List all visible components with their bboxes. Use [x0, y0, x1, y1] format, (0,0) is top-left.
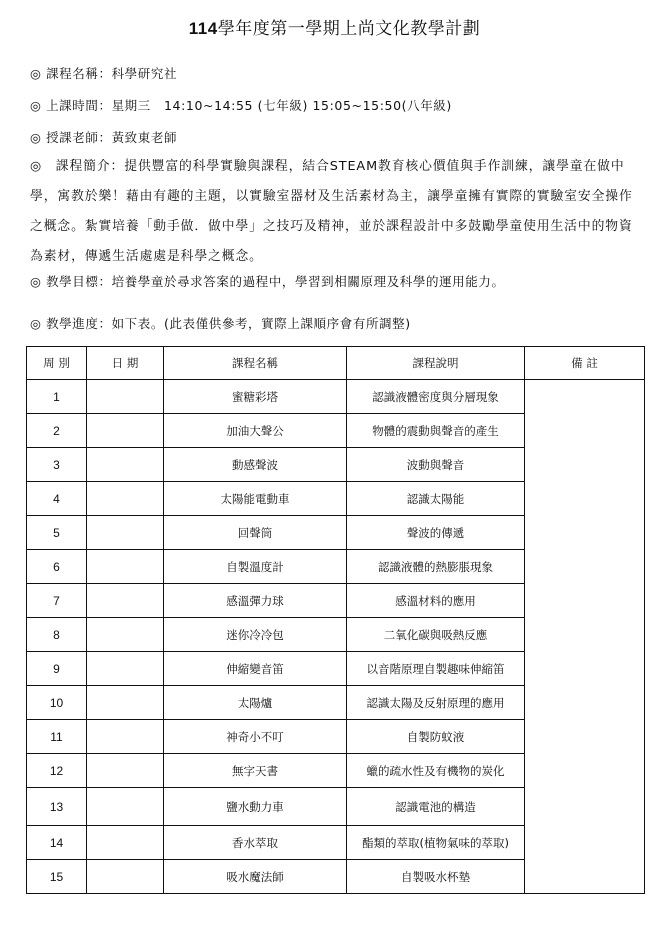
- header-course-desc: 課程說明: [347, 347, 525, 380]
- course-name-cell: 吸水魔法師: [164, 860, 347, 894]
- course-desc-cell: 二氧化碳與吸熱反應: [347, 618, 525, 652]
- schedule-note: ◎ 教學進度：如下表。(此表僅供參考，實際上課順序會有所調整): [30, 314, 411, 332]
- date-cell: [87, 414, 164, 448]
- course-desc-cell: 認識太陽及反射原理的應用: [347, 686, 525, 720]
- date-cell: [87, 516, 164, 550]
- course-desc-cell: 蠟的疏水性及有機物的炭化: [347, 754, 525, 788]
- date-cell: [87, 618, 164, 652]
- course-desc-cell: 認識液體的熱膨脹現象: [347, 550, 525, 584]
- date-cell: [87, 584, 164, 618]
- course-desc-cell: 認識液體密度與分層現象: [347, 380, 525, 414]
- course-name-cell: 動感聲波: [164, 448, 347, 482]
- header-remarks: 備 註: [525, 347, 645, 380]
- header-course-name: 課程名稱: [164, 347, 347, 380]
- week-cell: 4: [27, 482, 87, 516]
- course-name-cell: 迷你冷冷包: [164, 618, 347, 652]
- course-desc-cell: 波動與聲音: [347, 448, 525, 482]
- schedule-table: 周 別 日 期 課程名稱 課程說明 備 註 1蜜糖彩塔認識液體密度與分層現象2加…: [26, 346, 645, 894]
- course-name-cell: 感溫彈力球: [164, 584, 347, 618]
- title-text: 學年度第一學期上尚文化教學計劃: [218, 19, 481, 39]
- course-name-cell: 太陽能電動車: [164, 482, 347, 516]
- date-cell: [87, 380, 164, 414]
- course-desc-cell: 認識太陽能: [347, 482, 525, 516]
- week-cell: 13: [27, 788, 87, 826]
- title-year: 114: [189, 19, 218, 38]
- date-cell: [87, 788, 164, 826]
- course-desc-cell: 自製吸水杯墊: [347, 860, 525, 894]
- course-name-cell: 鹽水動力車: [164, 788, 347, 826]
- week-cell: 5: [27, 516, 87, 550]
- week-cell: 9: [27, 652, 87, 686]
- course-desc-cell: 以音階原理自製趣味伸縮笛: [347, 652, 525, 686]
- course-name-cell: 神奇小不叮: [164, 720, 347, 754]
- week-cell: 3: [27, 448, 87, 482]
- course-intro: ◎ 課程簡介：提供豐富的科學實驗與課程，結合STEAM教育核心價值與手作訓練，讓…: [30, 152, 642, 272]
- week-cell: 7: [27, 584, 87, 618]
- course-desc-cell: 物體的震動與聲音的產生: [347, 414, 525, 448]
- date-cell: [87, 550, 164, 584]
- course-desc-cell: 酯類的萃取(植物氣味的萃取): [347, 826, 525, 860]
- week-cell: 1: [27, 380, 87, 414]
- week-cell: 12: [27, 754, 87, 788]
- header-week: 周 別: [27, 347, 87, 380]
- remarks-cell: [525, 380, 645, 894]
- course-name-cell: 伸縮變音笛: [164, 652, 347, 686]
- course-desc-cell: 自製防蚊液: [347, 720, 525, 754]
- week-cell: 2: [27, 414, 87, 448]
- course-desc-cell: 認識電池的構造: [347, 788, 525, 826]
- date-cell: [87, 652, 164, 686]
- date-cell: [87, 482, 164, 516]
- week-cell: 6: [27, 550, 87, 584]
- page-title: 114學年度第一學期上尚文化教學計劃: [0, 14, 669, 39]
- week-cell: 11: [27, 720, 87, 754]
- week-cell: 10: [27, 686, 87, 720]
- header-date: 日 期: [87, 347, 164, 380]
- table-body: 1蜜糖彩塔認識液體密度與分層現象2加油大聲公物體的震動與聲音的產生3動感聲波波動…: [27, 380, 645, 894]
- date-cell: [87, 860, 164, 894]
- course-name-cell: 自製溫度計: [164, 550, 347, 584]
- week-cell: 14: [27, 826, 87, 860]
- course-name-cell: 加油大聲公: [164, 414, 347, 448]
- table-row: 1蜜糖彩塔認識液體密度與分層現象: [27, 380, 645, 414]
- table-header-row: 周 別 日 期 課程名稱 課程說明 備 註: [27, 347, 645, 380]
- course-desc-cell: 感溫材料的應用: [347, 584, 525, 618]
- teacher: ◎ 授課老師：黃致東老師: [30, 128, 177, 146]
- course-name-cell: 無字天書: [164, 754, 347, 788]
- class-time: ◎ 上課時間：星期三 14:10~14:55 (七年級) 15:05~15:50…: [30, 96, 452, 114]
- course-name-cell: 蜜糖彩塔: [164, 380, 347, 414]
- week-cell: 15: [27, 860, 87, 894]
- date-cell: [87, 448, 164, 482]
- date-cell: [87, 720, 164, 754]
- date-cell: [87, 826, 164, 860]
- course-name-cell: 香水萃取: [164, 826, 347, 860]
- course-desc-cell: 聲波的傳遞: [347, 516, 525, 550]
- course-name-cell: 回聲筒: [164, 516, 347, 550]
- teaching-goal: ◎ 教學目標：培養學童於尋求答案的過程中，學習到相關原理及科學的運用能力。: [30, 272, 505, 290]
- course-name: ◎ 課程名稱：科學研究社: [30, 64, 177, 82]
- date-cell: [87, 754, 164, 788]
- week-cell: 8: [27, 618, 87, 652]
- course-name-cell: 太陽爐: [164, 686, 347, 720]
- date-cell: [87, 686, 164, 720]
